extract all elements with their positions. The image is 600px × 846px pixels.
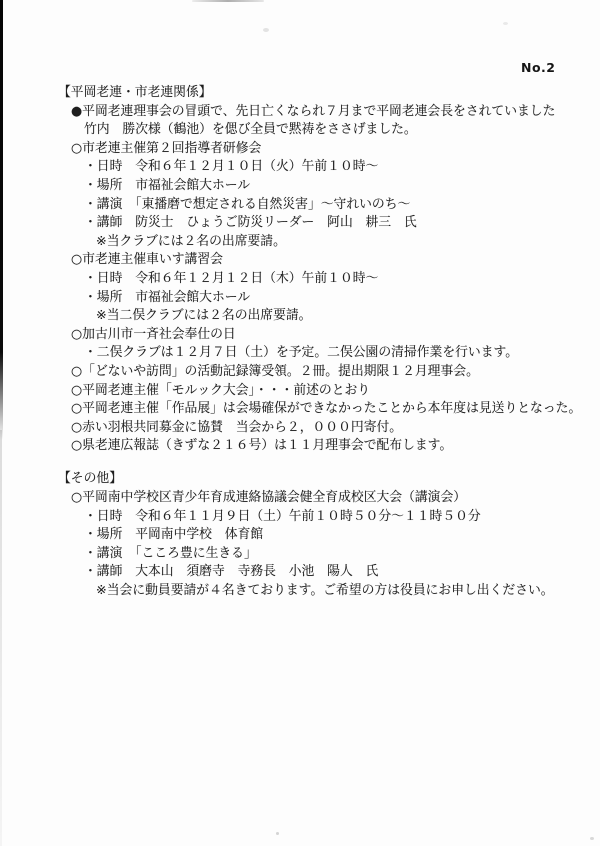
text-line: ・場所 市福祉会館大ホール: [0, 177, 600, 196]
text-line: ○赤い羽根共同募金に協賛 当会から２，０００円寄付。: [0, 419, 600, 438]
text-line: ・講師 大本山 須磨寺 寺務長 小池 陽人 氏: [0, 563, 600, 582]
section-hiraoka-roren-shiroren: 【平岡老連・市老連関係】●平岡老連理事会の冒頭で、先日亡くなられ７月まで平岡老連…: [0, 84, 600, 456]
text-line: ・日時 令和６年１２月１２日（木）午前１０時～: [0, 270, 600, 289]
text-line: ・二俣クラブは１２月７日（土）を予定。二俣公園の清掃作業を行います。: [0, 344, 600, 363]
text-line: ・日時 令和６年１１月９日（土）午前１０時５０分～１１時５０分: [0, 508, 600, 527]
text-line: ※当クラブには２名の出席要請。: [0, 233, 600, 252]
text-line: ・講演 「東播磨で想定される自然災害」～守れいのち～: [0, 196, 600, 215]
text-line: ・日時 令和６年１２月１０日（火）午前１０時～: [0, 158, 600, 177]
scan-artifact-top-smudge: [192, 0, 264, 2]
text-line: ※当二俣クラブには２名の出席要請。: [0, 307, 600, 326]
scanned-document-page: No.2 【平岡老連・市老連関係】●平岡老連理事会の冒頭で、先日亡くなられ７月ま…: [0, 0, 600, 846]
text-line: ○県老連広報誌（きずな２１６号）は１１月理事会で配布します。: [0, 437, 600, 456]
scan-speck: [263, 28, 269, 32]
text-line: ○平岡老連主催「作品展」は会場確保ができなかったことから本年度は見送りとなった。: [0, 400, 600, 419]
text-line: ・講演 「こころ豊に生きる」: [0, 545, 600, 564]
text-line: ・講師 防災士 ひょうご防災リーダー 阿山 耕三 氏: [0, 214, 600, 233]
scan-speck: [590, 837, 594, 840]
text-line: ・場所 市福祉会館大ホール: [0, 289, 600, 308]
text-line: ○市老連主催第２回指導者研修会: [0, 140, 600, 159]
text-line: ○加古川市一斉社会奉仕の日: [0, 326, 600, 345]
scan-speck: [276, 832, 279, 835]
text-line: ○市老連主催車いす講習会: [0, 251, 600, 270]
text-line: 竹内 勝次様（鶴池）を偲び全員で黙祷をささげました。: [0, 121, 600, 140]
section-heading: 【平岡老連・市老連関係】: [0, 84, 600, 103]
text-line: ○「どないや訪問」の活動記録簿受領。２冊。提出期限１２月理事会。: [0, 363, 600, 382]
text-line: ※当会に動員要請が４名きております。ご希望の方は役員にお申し出ください。: [0, 582, 600, 601]
section-sonota: 【その他】○平岡南中学校区青少年育成連絡協議会健全育成校区大会（講演会）・日時 …: [0, 470, 600, 600]
document-body: 【平岡老連・市老連関係】●平岡老連理事会の冒頭で、先日亡くなられ７月まで平岡老連…: [0, 84, 600, 601]
page-number: No.2: [521, 60, 556, 75]
text-line: ○平岡老連主催「モルック大会」・・・前述のとおり: [0, 382, 600, 401]
scan-speck: [503, 22, 508, 25]
text-line: ●平岡老連理事会の冒頭で、先日亡くなられ７月まで平岡老連会長をされていました: [0, 103, 600, 122]
section-heading: 【その他】: [0, 470, 600, 489]
text-line: ・場所 平岡南中学校 体育館: [0, 526, 600, 545]
text-line: ○平岡南中学校区青少年育成連絡協議会健全育成校区大会（講演会）: [0, 489, 600, 508]
